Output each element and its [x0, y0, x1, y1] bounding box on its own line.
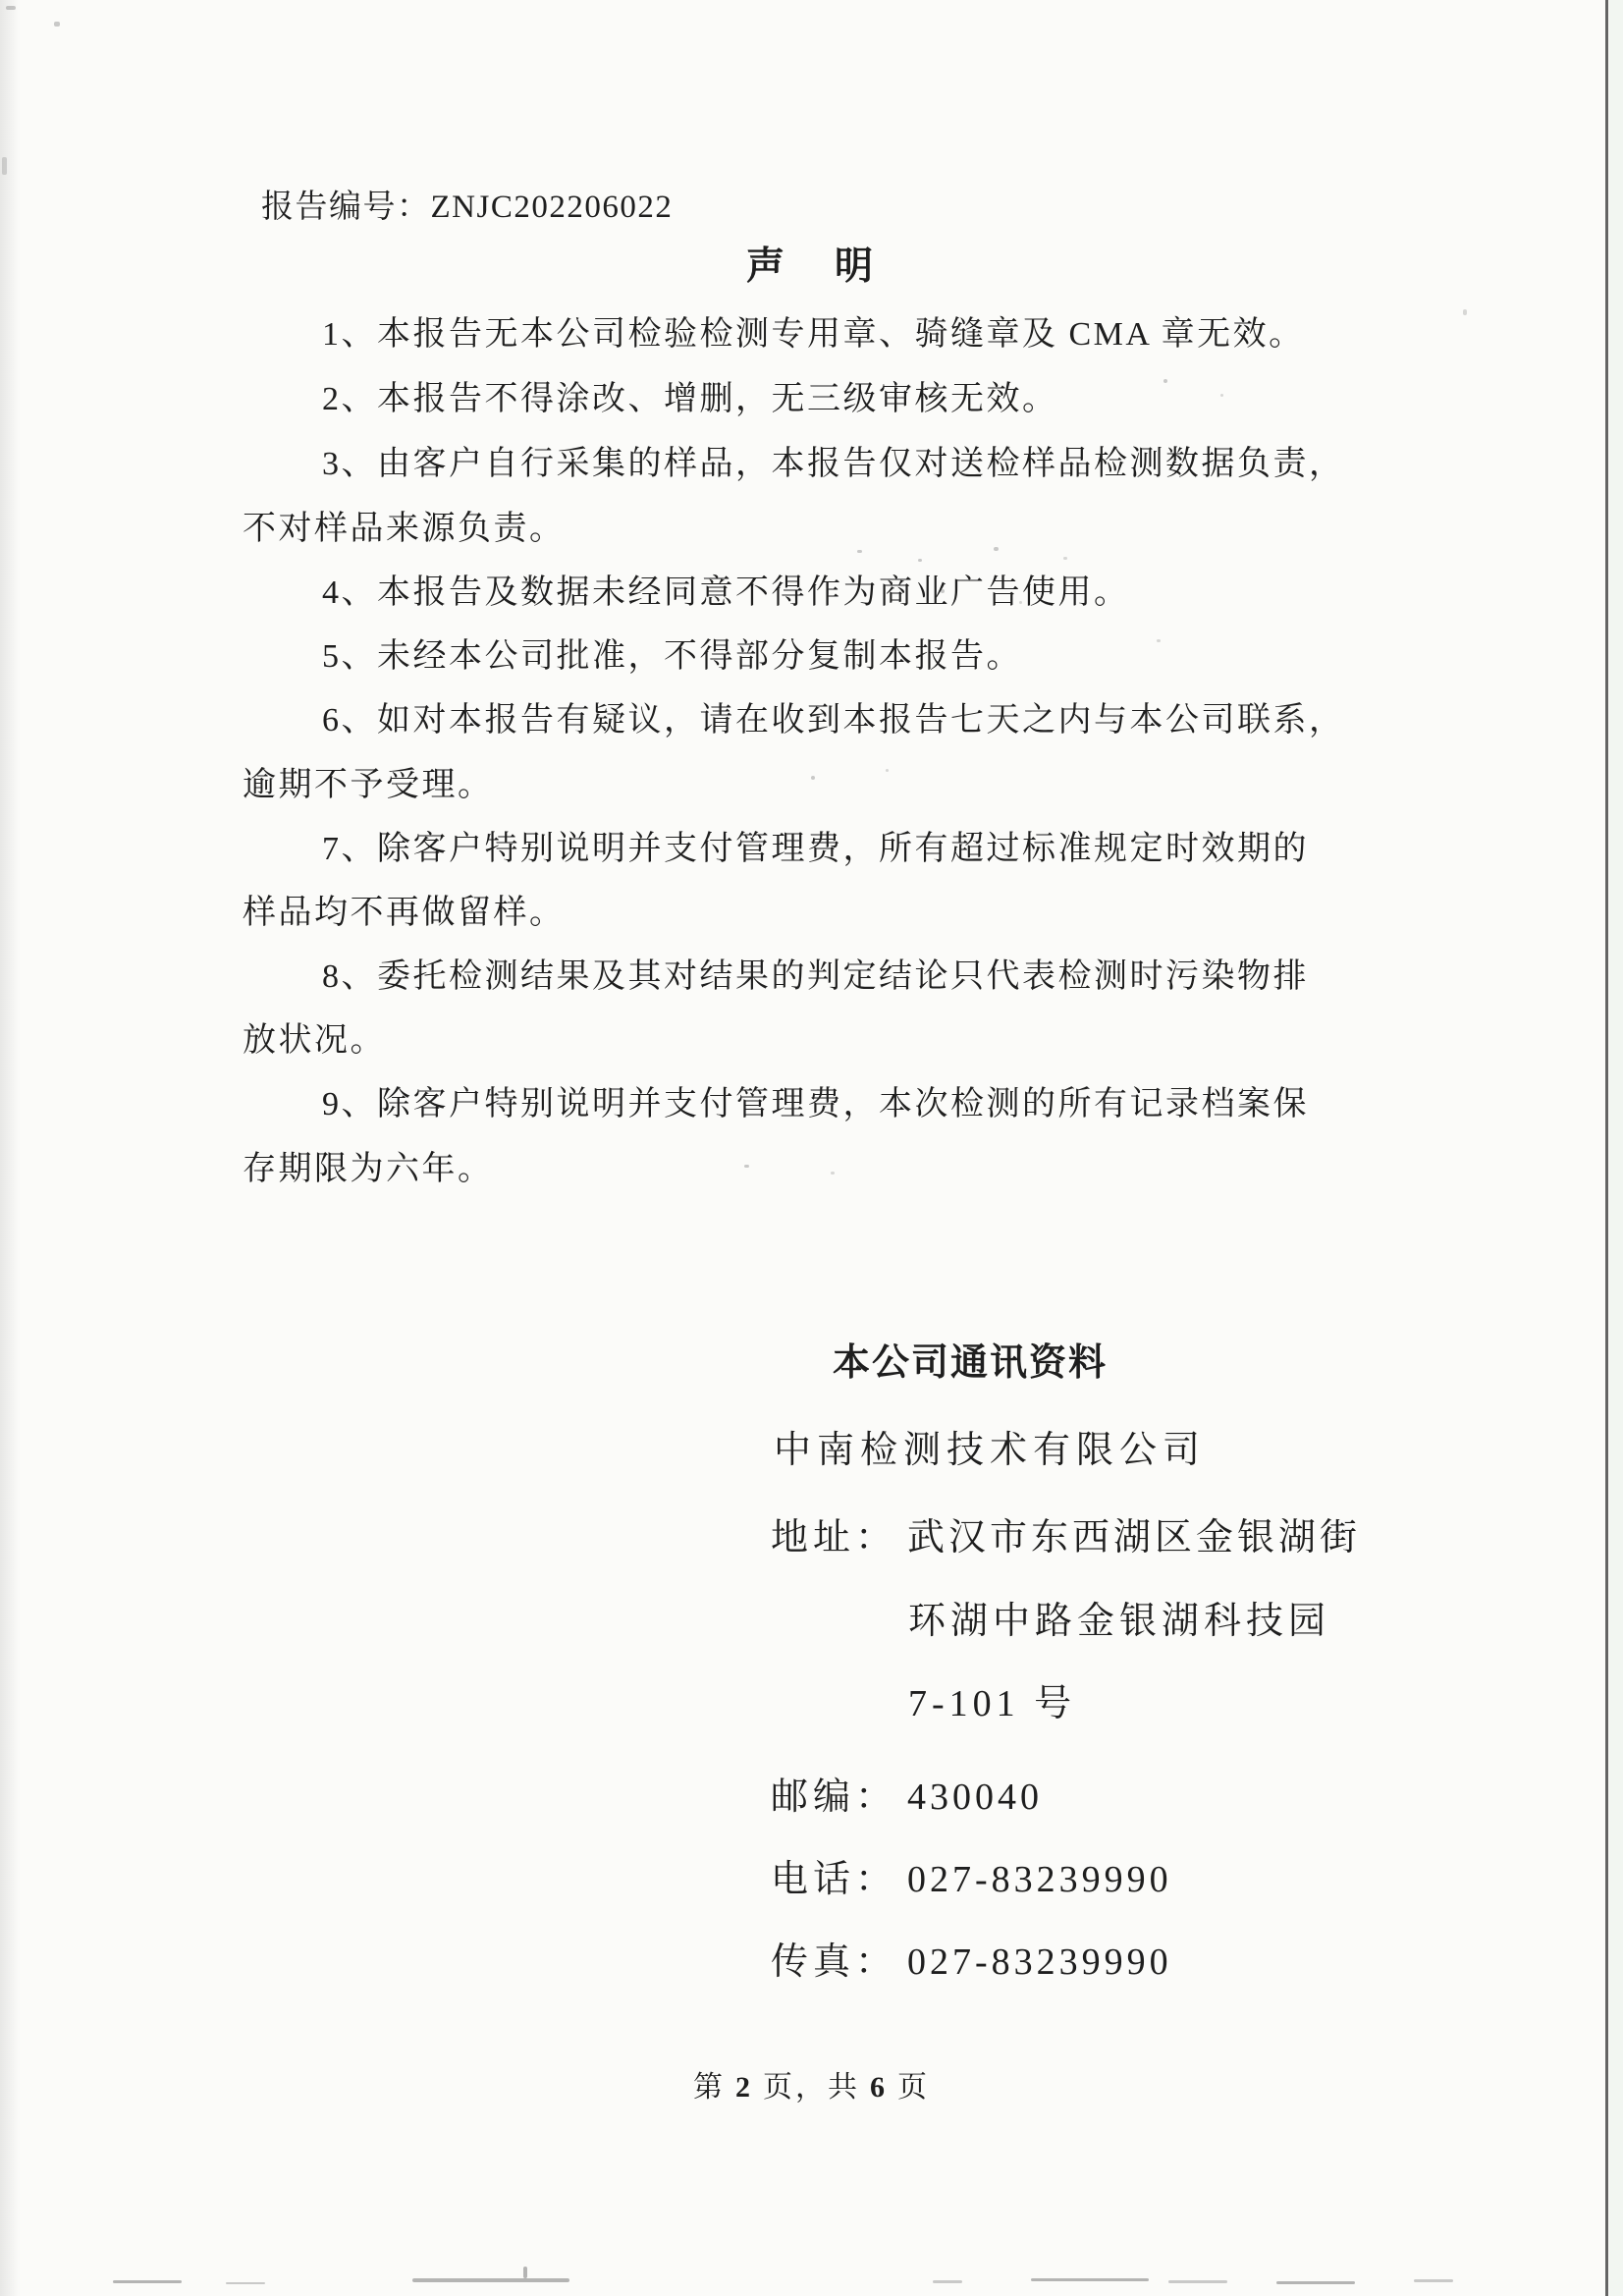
scan-edge-shadow — [0, 0, 20, 2296]
report-page: 报告编号：ZNJC202206022 声 明 1、本报告无本公司检验检测专用章、… — [0, 0, 1623, 2296]
declaration-line: 8、委托检测结果及其对结果的判定结论只代表检测时污染物排 — [322, 949, 1309, 997]
scan-artifact — [1168, 2280, 1227, 2283]
scan-artifact — [1276, 2281, 1355, 2284]
scan-artifact — [1031, 2278, 1149, 2281]
scan-artifact — [811, 776, 815, 780]
scan-artifact — [113, 2280, 182, 2283]
fax-label: 传真： — [771, 1941, 897, 1983]
declaration-line: 4、本报告及数据未经同意不得作为商业广告使用。 — [322, 565, 1130, 613]
scan-artifact — [1414, 2279, 1453, 2282]
phone-number: 027-83239990 — [907, 1859, 1172, 1900]
declaration-line: 逾期不予受理。 — [243, 757, 494, 805]
scan-artifact — [412, 2278, 569, 2282]
footer-total-pages: 6 — [870, 2071, 888, 2104]
contact-section-title: 本公司通讯资料 — [833, 1332, 1108, 1386]
scan-artifact — [523, 2267, 527, 2278]
postal-label: 邮编： — [771, 1777, 897, 1818]
declaration-line: 6、如对本报告有疑议，请在收到本报告七天之内与本公司联系， — [322, 692, 1345, 740]
scan-artifact — [831, 1172, 835, 1175]
scan-artifact — [933, 2280, 962, 2283]
report-number: 报告编号：ZNJC202206022 — [261, 181, 673, 227]
scan-artifact — [1157, 639, 1161, 642]
scan-artifact — [226, 2282, 265, 2284]
page-indicator: 第2页，共6页 — [0, 2062, 1623, 2105]
scan-artifact — [857, 550, 862, 553]
footer-page-number: 2 — [735, 2071, 753, 2104]
address-line3: 7-101 号 — [908, 1672, 1076, 1726]
address-label: 地址： — [771, 1517, 897, 1558]
declaration-line: 9、除客户特别说明并支付管理费，本次检测的所有记录档案保 — [322, 1076, 1309, 1124]
fax-number: 027-83239990 — [907, 1941, 1172, 1983]
declaration-line: 2、本报告不得涂改、增删，无三级审核无效。 — [322, 371, 1058, 419]
footer-prefix: 第 — [693, 2071, 726, 2104]
scan-artifact — [1163, 379, 1167, 383]
scan-artifact — [54, 22, 60, 27]
declaration-line: 放状况。 — [243, 1012, 386, 1061]
phone-row: 电话：027-83239990 — [771, 1848, 1172, 1902]
address-line2: 环湖中路金银湖科技园 — [908, 1590, 1330, 1644]
company-name: 中南检测技术有限公司 — [774, 1419, 1206, 1473]
scan-artifact — [1063, 557, 1067, 560]
declaration-line: 存期限为六年。 — [243, 1141, 494, 1189]
declaration-line: 1、本报告无本公司检验检测专用章、骑缝章及 CMA 章无效。 — [322, 306, 1305, 355]
footer-middle: 页，共 — [763, 2071, 860, 2104]
scan-edge-strip — [1609, 0, 1623, 2296]
declaration-line: 7、除客户特别说明并支付管理费，所有超过标准规定时效期的 — [322, 821, 1309, 869]
scan-artifact — [994, 547, 999, 551]
scan-page-edge-line — [1605, 0, 1608, 2296]
footer-suffix: 页 — [897, 2071, 930, 2104]
scan-artifact — [744, 1165, 749, 1168]
declaration-line: 3、由客户自行采集的样品，本报告仅对送检样品检测数据负责， — [322, 436, 1345, 484]
address-row: 地址：武汉市东西湖区金银湖街 — [771, 1506, 1361, 1560]
fax-row: 传真：027-83239990 — [771, 1931, 1172, 1985]
address-line1: 武汉市东西湖区金银湖街 — [907, 1517, 1361, 1558]
scan-artifact — [918, 559, 922, 562]
declaration-line: 样品均不再做留样。 — [243, 885, 566, 933]
declaration-line: 5、未经本公司批准，不得部分复制本报告。 — [322, 629, 1022, 677]
scan-artifact — [886, 769, 889, 772]
page-title: 声 明 — [746, 236, 879, 291]
scan-artifact — [1463, 309, 1467, 315]
declaration-line: 不对样品来源负责。 — [243, 501, 566, 549]
phone-label: 电话： — [771, 1859, 897, 1900]
postal-code: 430040 — [907, 1777, 1043, 1818]
scan-artifact — [1220, 394, 1223, 397]
postal-row: 邮编：430040 — [771, 1766, 1043, 1820]
